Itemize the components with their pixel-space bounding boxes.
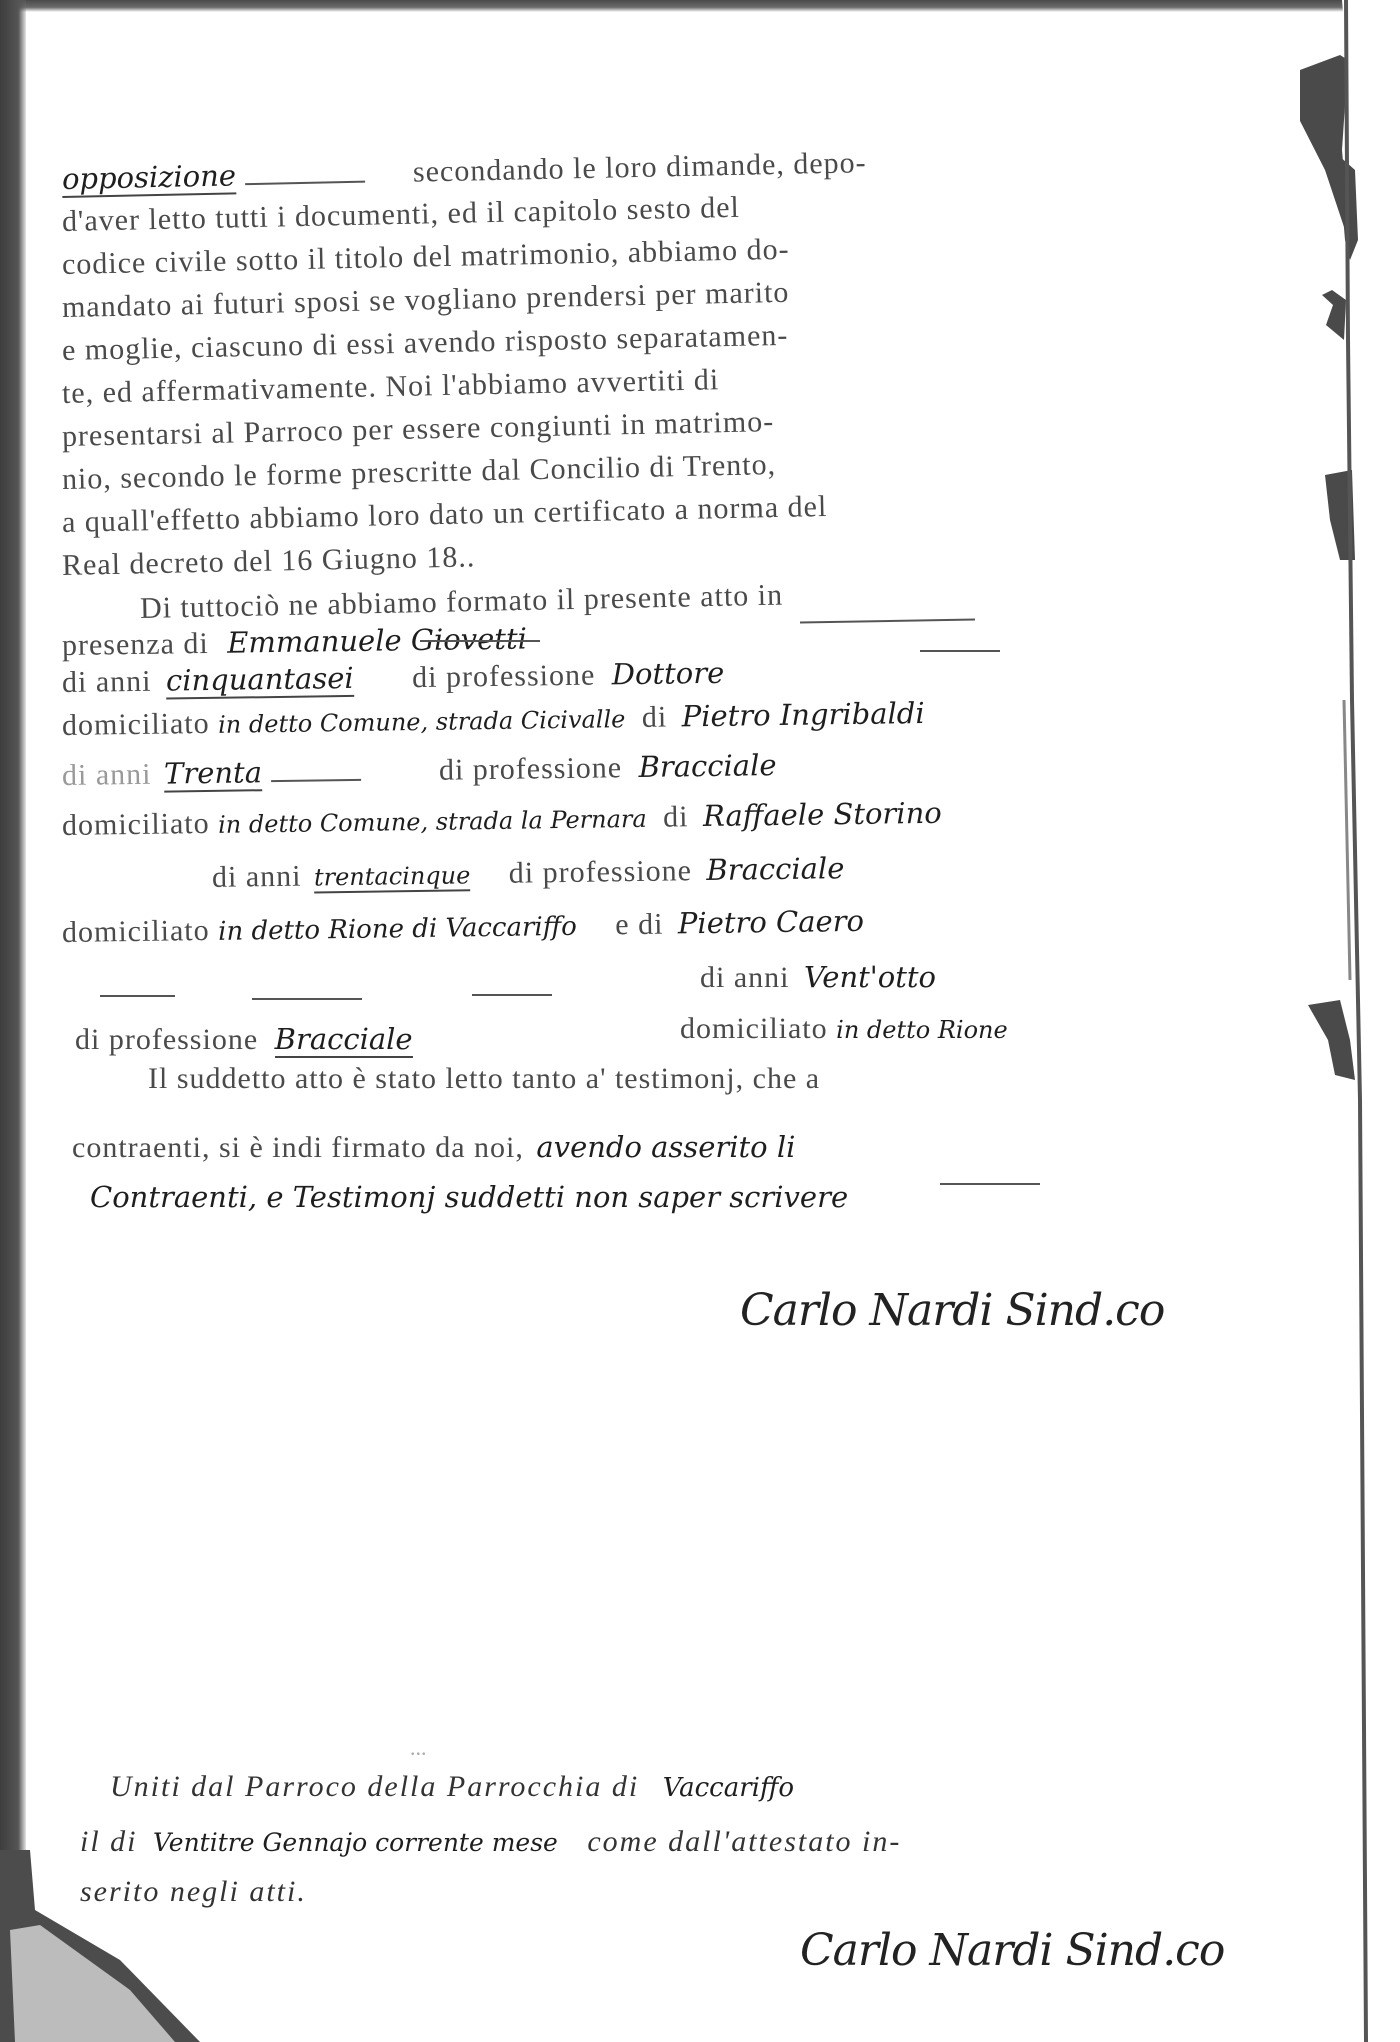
fill-rule xyxy=(472,994,552,996)
signature-sindaco: Carlo Nardi Sind.co xyxy=(740,1285,1164,1336)
signature-sindaco-footer: Carlo Nardi Sind.co xyxy=(800,1925,1224,1976)
footer-line-3: serito negli atti. xyxy=(80,1875,307,1909)
body-line-7: presentarsi al Parroco per essere congiu… xyxy=(62,405,775,454)
scan-edge-top xyxy=(0,0,1400,12)
closing-line-2: contraenti, si è indi firmato da noi, av… xyxy=(72,1130,795,1165)
footer-line-2: il di Ventitre Gennajo corrente mese com… xyxy=(80,1825,901,1859)
witness-1-age-line: di anni cinquantasei di professione Dott… xyxy=(62,656,725,700)
witness-4-age-line: di anni Vent'otto xyxy=(700,960,936,995)
fill-rule xyxy=(940,1183,1040,1185)
handwritten-non-saper-scrivere: Contraenti, e Testimonj suddetti non sap… xyxy=(90,1180,848,1214)
fill-rule xyxy=(420,640,540,642)
fill-rule xyxy=(252,998,362,1000)
witness-4-domicile-line: domiciliato in detto Rione xyxy=(680,1012,1008,1046)
faint-mark: ... xyxy=(410,1735,427,1761)
body-line-9: a quall'effetto abbiamo loro dato un cer… xyxy=(62,490,828,540)
witness-1-domicile-line: domiciliato in detto Comune, strada Cici… xyxy=(62,696,925,743)
witness-3-age-line: di anni trentacinque di professione Brac… xyxy=(62,851,845,897)
handwritten-date: Ventitre Gennajo corrente mese xyxy=(153,1828,558,1857)
body-line-3: codice civile sotto il titolo del matrim… xyxy=(62,233,790,282)
witness-2-age-line: di anni Trenta di professione Bracciale xyxy=(62,748,777,793)
witness-2-domicile-line: domiciliato in detto Comune, strada la P… xyxy=(62,796,942,843)
body-line-4: mandato ai futuri sposi se vogliano pren… xyxy=(62,276,790,325)
witness-2-name: Pietro Ingribaldi xyxy=(681,696,924,733)
witness-4-name: Pietro Caero xyxy=(678,904,865,941)
fill-rule xyxy=(245,181,365,186)
body-line-8: nio, secondo le forme prescritte dal Con… xyxy=(62,448,777,497)
handwritten-parish: Vaccariffo xyxy=(663,1773,794,1803)
closing-line-3: Contraenti, e Testimonj suddetti non sap… xyxy=(90,1180,848,1215)
fill-rule xyxy=(100,995,175,997)
witness-2-profession: Bracciale xyxy=(638,748,776,784)
witness-3-domicile: in detto Rione di Vaccariffo xyxy=(218,912,577,947)
scan-edge-left xyxy=(0,0,26,2042)
witness-3-name: Raffaele Storino xyxy=(703,796,942,833)
body-line-6: te, ed affermativamente. Noi l'abbiamo a… xyxy=(62,363,720,411)
witness-3-domicile-line: domiciliato in detto Rione di Vaccariffo… xyxy=(62,904,864,950)
body-line-11: Di tuttociò ne abbiamo formato il presen… xyxy=(140,579,784,626)
handwritten-asserito: avendo asserito li xyxy=(536,1130,795,1164)
fill-rule xyxy=(920,650,1000,652)
witness-1-name-line: presenza di Emmanuele Giovetti xyxy=(62,622,527,663)
body-line-5: e moglie, ciascuno di essi avendo rispos… xyxy=(62,319,789,368)
witness-4-profession: Bracciale xyxy=(275,1022,413,1058)
body-line-2: d'aver letto tutti i documenti, ed il ca… xyxy=(62,191,741,239)
witness-1-profession: Dottore xyxy=(612,656,725,692)
closing-line-1: Il suddetto atto è stato letto tanto a' … xyxy=(148,1062,820,1096)
witness-3-profession: Bracciale xyxy=(706,851,844,887)
body-line-10: Real decreto del 16 Giugno 18.. xyxy=(62,540,476,583)
witness-2-age: Trenta xyxy=(164,755,262,792)
fill-rule xyxy=(271,779,361,782)
witness-2-domicile: in detto Comune, strada la Pernara xyxy=(218,805,647,839)
witness-1-age: cinquantasei xyxy=(166,661,354,700)
witness-4-domicile: in detto Rione xyxy=(836,1016,1008,1044)
witness-4-profession-line: di professione Bracciale xyxy=(75,1022,413,1057)
handwritten-opposizione: opposizione xyxy=(62,158,237,198)
torn-edge-right xyxy=(1300,0,1400,2042)
scanned-document-page: opposizione secondando le loro dimande, … xyxy=(0,0,1400,2042)
footer-line-1: Uniti dal Parroco della Parrocchia di Va… xyxy=(110,1770,794,1804)
body-line-1: opposizione secondando le loro dimande, … xyxy=(62,145,867,197)
fill-rule xyxy=(800,618,975,623)
witness-4-age: Vent'otto xyxy=(804,960,936,994)
witness-1-domicile: in detto Comune, strada Cicivalle xyxy=(218,705,626,739)
witness-3-age: trentacinque xyxy=(314,861,471,893)
